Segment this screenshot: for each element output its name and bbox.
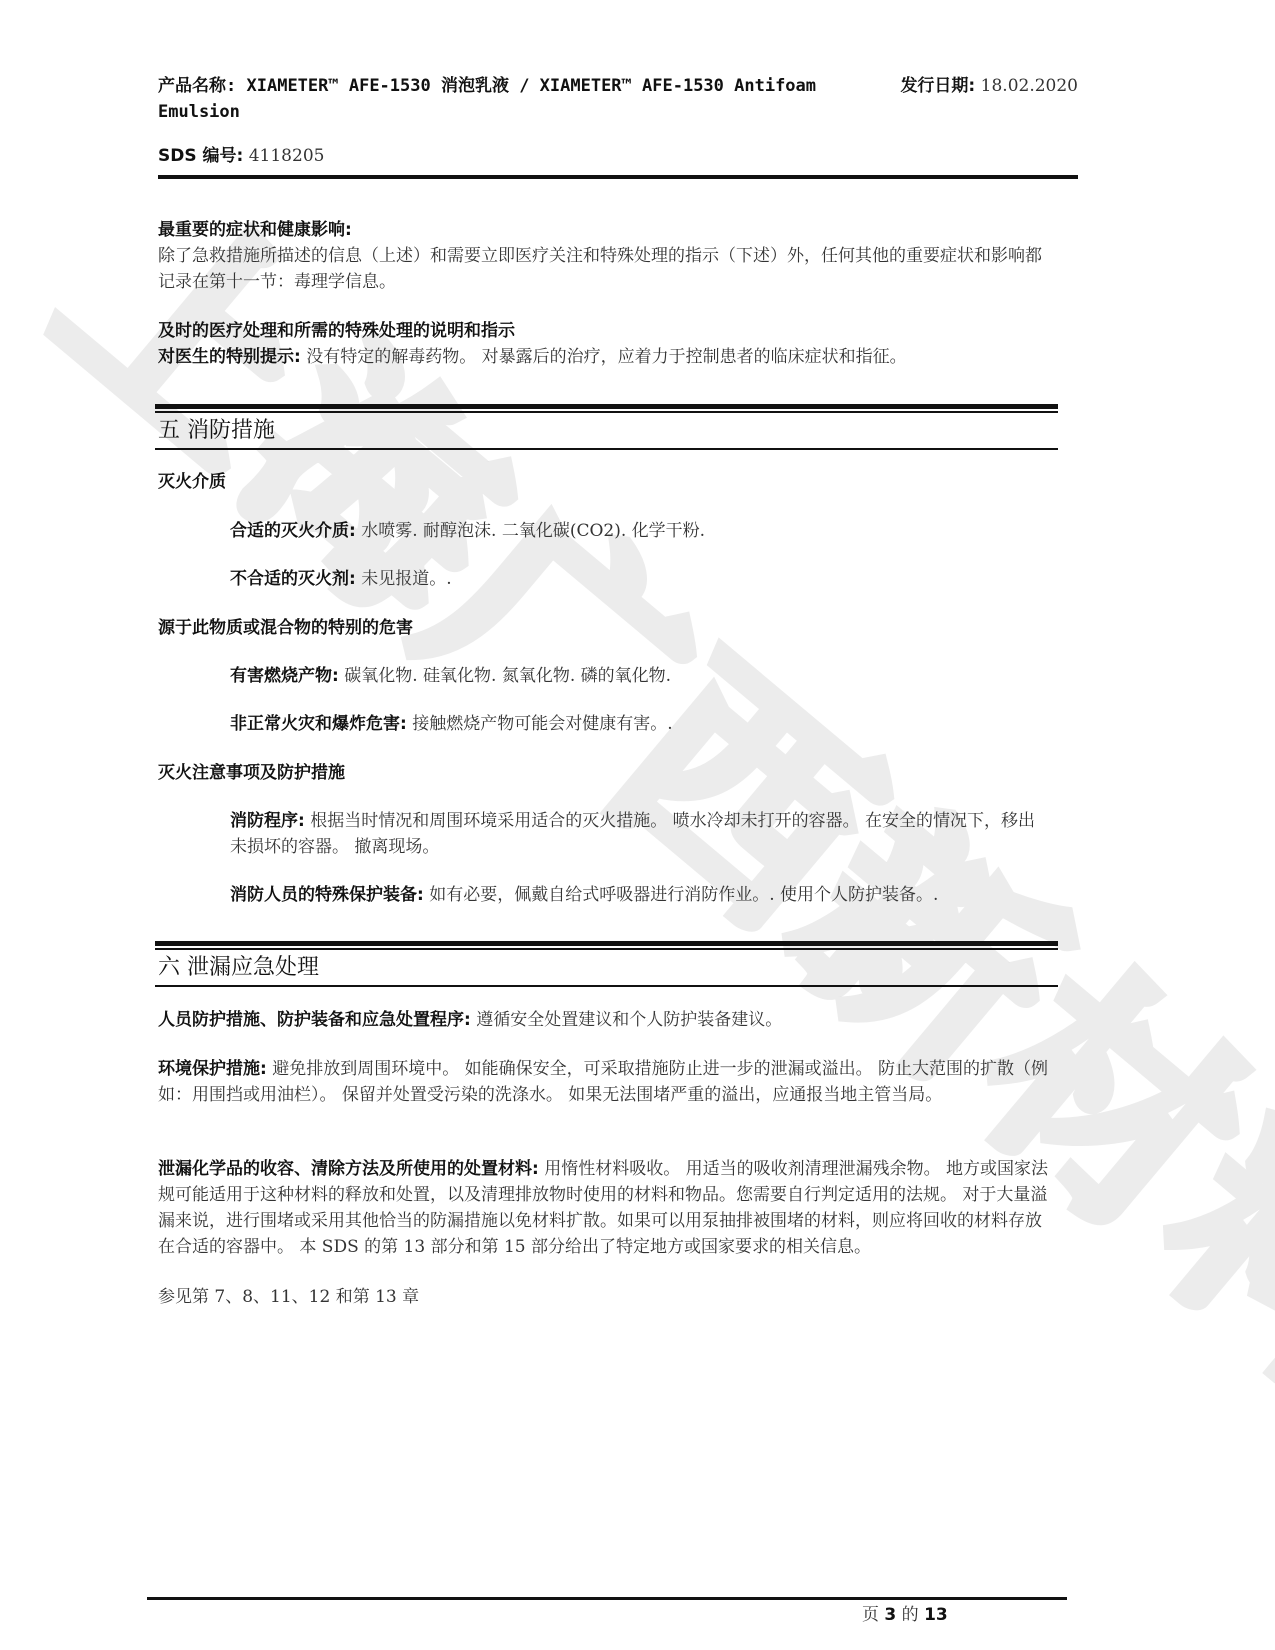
unsuitable-media: 不合适的灭火剂: 未见报道。. <box>230 566 1070 592</box>
issue-date: 发行日期: 18.02.2020 <box>900 73 1078 99</box>
unusual-hazards: 非正常火灾和爆炸危害: 接触燃烧产物可能会对健康有害。. <box>230 711 1070 737</box>
physician-label: 对医生的特别提示: <box>158 347 301 367</box>
personal-precautions-label: 人员防护措施、防护装备和应急处置程序: <box>158 1010 471 1030</box>
suitable-media-label: 合适的灭火介质: <box>230 521 356 541</box>
section5-title: 五 消防措施 <box>158 416 275 446</box>
treatment-heading: 及时的医疗处理和所需的特殊处理的说明和指示 <box>158 318 1058 344</box>
cleanup-methods: 泄漏化学品的收容、清除方法及所使用的处置材料: 用惰性材料吸收。 用适当的吸收剂… <box>158 1156 1053 1260</box>
firefighting-procedure: 消防程序: 根据当时情况和周围环境采用适合的灭火措施。 喷水冷却未打开的容器。 … <box>230 808 1050 860</box>
document-page: 产品名称: XIAMETER™ AFE-1530 消泡乳液 / XIAMETER… <box>0 0 1275 1650</box>
combustion-products-text: 碳氧化物. 硅氧化物. 氮氧化物. 磷的氧化物. <box>344 666 671 686</box>
sds-value: 4118205 <box>249 146 325 166</box>
product-name-header: 产品名称: XIAMETER™ AFE-1530 消泡乳液 / XIAMETER… <box>158 73 858 125</box>
sds-label: SDS 编号: <box>158 146 243 166</box>
suitable-media-text: 水喷雾. 耐醇泡沫. 二氧化碳(CO2). 化学干粉. <box>361 521 705 541</box>
extinguishing-media-heading: 灭火介质 <box>158 469 226 495</box>
page-total: 13 <box>924 1605 948 1625</box>
personal-precautions-text: 遵循安全处置建议和个人防护装备建议。 <box>476 1010 782 1030</box>
page-number: 页 3 的 13 <box>862 1603 948 1627</box>
treatment-block: 及时的医疗处理和所需的特殊处理的说明和指示 对医生的特别提示: 没有特定的解毒药… <box>158 318 1058 370</box>
unsuitable-media-text: 未见报道。. <box>361 569 451 589</box>
symptoms-heading: 最重要的症状和健康影响: <box>158 217 1058 243</box>
footer-divider <box>147 1597 1067 1600</box>
symptoms-text: 除了急救措施所描述的信息（上述）和需要立即医疗关注和特殊处理的指示（下述）外，任… <box>158 243 1058 295</box>
symptoms-block: 最重要的症状和健康影响: 除了急救措施所描述的信息（上述）和需要立即医疗关注和特… <box>158 217 1058 295</box>
product-name: XIAMETER™ AFE-1530 消泡乳液 / XIAMETER™ AFE-… <box>158 76 816 122</box>
sds-number: SDS 编号: 4118205 <box>158 145 324 167</box>
header-divider <box>158 175 1078 179</box>
unusual-hazards-label: 非正常火灾和爆炸危害: <box>230 714 407 734</box>
suitable-media: 合适的灭火介质: 水喷雾. 耐醇泡沫. 二氧化碳(CO2). 化学干粉. <box>230 518 1070 544</box>
page-of: 的 <box>902 1605 919 1625</box>
environmental-precautions-label: 环境保护措施: <box>158 1059 267 1079</box>
environmental-precautions: 环境保护措施: 避免排放到周围环境中。 如能确保安全，可采取措施防止进一步的泄漏… <box>158 1056 1053 1108</box>
cleanup-methods-label: 泄漏化学品的收容、清除方法及所使用的处置材料: <box>158 1159 539 1179</box>
section6-title: 六 泄漏应急处理 <box>158 953 319 983</box>
unsuitable-media-label: 不合适的灭火剂: <box>230 569 356 589</box>
issue-date-value: 18.02.2020 <box>981 76 1078 96</box>
firefighting-precautions-heading: 灭火注意事项及防护措施 <box>158 760 345 786</box>
product-label: 产品名称: <box>158 76 236 96</box>
section6-rule-bottom <box>155 985 1058 987</box>
firefighting-procedure-text: 根据当时情况和周围环境采用适合的灭火措施。 喷水冷却未打开的容器。 在安全的情况… <box>230 811 1035 857</box>
section6-rule-top-thin <box>155 948 1058 950</box>
combustion-products: 有害燃烧产物: 碳氧化物. 硅氧化物. 氮氧化物. 磷的氧化物. <box>230 663 1070 689</box>
section5-rule-top <box>155 404 1058 409</box>
issue-date-label: 发行日期: <box>900 76 975 96</box>
special-hazards-heading: 源于此物质或混合物的特别的危害 <box>158 615 413 641</box>
section5-rule-top-thin <box>155 411 1058 413</box>
protective-equipment-label: 消防人员的特殊保护装备: <box>230 885 424 905</box>
see-also-reference: 参见第 7、8、11、12 和第 13 章 <box>158 1284 1058 1310</box>
page-current: 3 <box>884 1605 896 1625</box>
firefighting-procedure-label: 消防程序: <box>230 811 305 831</box>
combustion-products-label: 有害燃烧产物: <box>230 666 339 686</box>
section6-rule-top <box>155 941 1058 946</box>
protective-equipment-text: 如有必要，佩戴自给式呼吸器进行消防作业。. 使用个人防护装备。. <box>429 885 938 905</box>
page-prefix: 页 <box>862 1605 879 1625</box>
protective-equipment: 消防人员的特殊保护装备: 如有必要，佩戴自给式呼吸器进行消防作业。. 使用个人防… <box>230 882 1070 908</box>
physician-text: 没有特定的解毒药物。 对暴露后的治疗，应着力于控制患者的临床症状和指征。 <box>306 347 906 367</box>
environmental-precautions-text: 避免排放到周围环境中。 如能确保安全，可采取措施防止进一步的泄漏或溢出。 防止大… <box>158 1059 1048 1105</box>
section5-rule-bottom <box>155 448 1058 450</box>
personal-precautions: 人员防护措施、防护装备和应急处置程序: 遵循安全处置建议和个人防护装备建议。 <box>158 1007 1058 1033</box>
unusual-hazards-text: 接触燃烧产物可能会对健康有害。. <box>412 714 672 734</box>
